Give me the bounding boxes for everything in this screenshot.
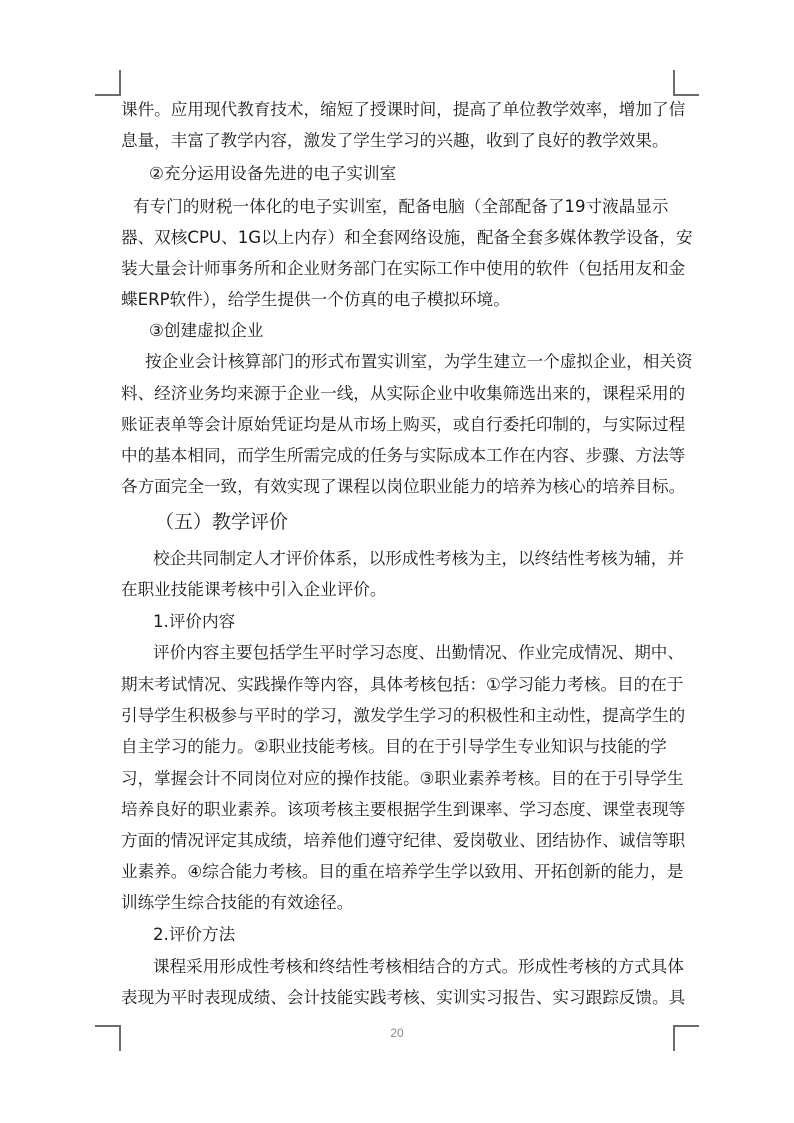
corner-mark-top-right-v (673, 70, 675, 96)
text-line: 课程采用形成性考核和终结性考核相结合的方式。形成性考核的方式具体 (153, 956, 664, 978)
text-line: 课件。应用现代教育技术，缩短了授课时间，提高了单位教学效率，增加了信 (121, 99, 664, 121)
corner-mark-top-right-h (673, 94, 699, 96)
text-line: 各方面完全一致，有效实现了课程以岗位职业能力的培养为核心的培养目标。 (121, 476, 664, 498)
text-line: 装大量会计师事务所和企业财务部门在实际工作中使用的软件（包括用友和金 (121, 258, 664, 280)
text-line: 有专门的财税一体化的电子实训室，配备电脑（全部配备了19寸液晶显示 (133, 196, 664, 218)
text-line: 料、经济业务均来源于企业一线，从实际企业中收集筛选出来的，课程采用的 (121, 383, 664, 405)
text-line: 2.评价方法 (153, 924, 664, 946)
text-line: 期末考试情况、实践操作等内容，具体考核包括：①学习能力考核。目的在于 (121, 674, 664, 696)
corner-mark-bottom-left-h (95, 1025, 121, 1027)
text-line: 方面的情况评定其成绩，培养他们遵守纪律、爱岗敬业、团结协作、诚信等职 (121, 830, 664, 852)
text-line: 在职业技能课考核中引入企业评价。 (121, 579, 664, 601)
text-line: 培养良好的职业素养。该项考核主要根据学生到课率、学习态度、课堂表现等 (121, 799, 664, 821)
corner-mark-bottom-left-v (119, 1025, 121, 1051)
corner-mark-bottom-right-v (673, 1025, 675, 1051)
text-line: 1.评价内容 (153, 611, 664, 633)
text-line: 引导学生积极参与平时的学习，激发学生学习的积极性和主动性，提高学生的 (121, 705, 664, 727)
text-line: 业素养。④综合能力考核。目的重在培养学生学以致用、开拓创新的能力，是 (121, 861, 664, 883)
text-line: 息量，丰富了教学内容，激发了学生学习的兴趣，收到了良好的教学效果。 (121, 130, 664, 152)
section-heading: （五）教学评价 (155, 509, 288, 535)
text-line: 器、双核CPU、1G以上内存）和全套网络设施，配备全套多媒体教学设备，安 (121, 227, 664, 249)
corner-mark-top-left-h (95, 94, 121, 96)
corner-mark-top-left-v (119, 70, 121, 96)
text-line: 中的基本相同，而学生所需完成的任务与实际成本工作在内容、步骤、方法等 (121, 445, 664, 467)
text-line: 账证表单等会计原始凭证均是从市场上购买，或自行委托印制的，与实际过程 (121, 414, 664, 436)
text-line: 按企业会计核算部门的形式布置实训室，为学生建立一个虚拟企业，相关资 (145, 351, 664, 373)
text-line: 评价内容主要包括学生平时学习态度、出勤情况、作业完成情况、期中、 (153, 642, 664, 664)
document-page: 课件。应用现代教育技术，缩短了授课时间，提高了单位教学效率，增加了信息量，丰富了… (0, 0, 794, 1123)
corner-mark-bottom-right-h (673, 1025, 699, 1027)
text-line: 习，掌握会计不同岗位对应的操作技能。③职业素养考核。目的在于引导学生 (121, 768, 664, 790)
text-line: 自主学习的能力。②职业技能考核。目的在于引导学生专业知识与技能的学 (121, 736, 664, 758)
text-line: 表现为平时表现成绩、会计技能实践考核、实训实习报告、实习跟踪反馈。具 (121, 987, 664, 1009)
text-line: ③创建虚拟企业 (149, 320, 664, 342)
text-line: 训练学生综合技能的有效途径。 (121, 892, 664, 914)
text-line: 蝶ERP软件），给学生提供一个仿真的电子模拟环境。 (121, 289, 664, 311)
text-line: 校企共同制定人才评价体系，以形成性考核为主，以终结性考核为辅，并 (153, 548, 664, 570)
page-number: 20 (377, 1026, 417, 1040)
text-line: ②充分运用设备先进的电子实训室 (149, 163, 664, 185)
